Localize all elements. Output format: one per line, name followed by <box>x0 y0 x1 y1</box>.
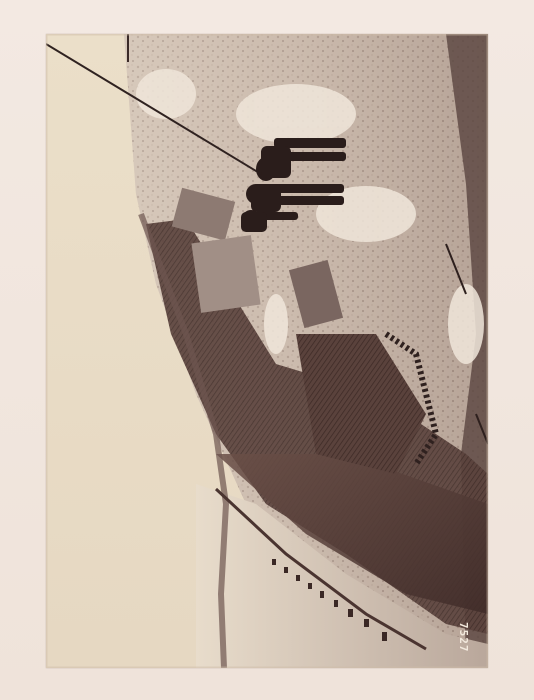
photograph-scene <box>46 34 488 668</box>
plate-number: 7527 <box>457 622 470 653</box>
sepia-photograph: 7527 <box>46 34 488 668</box>
